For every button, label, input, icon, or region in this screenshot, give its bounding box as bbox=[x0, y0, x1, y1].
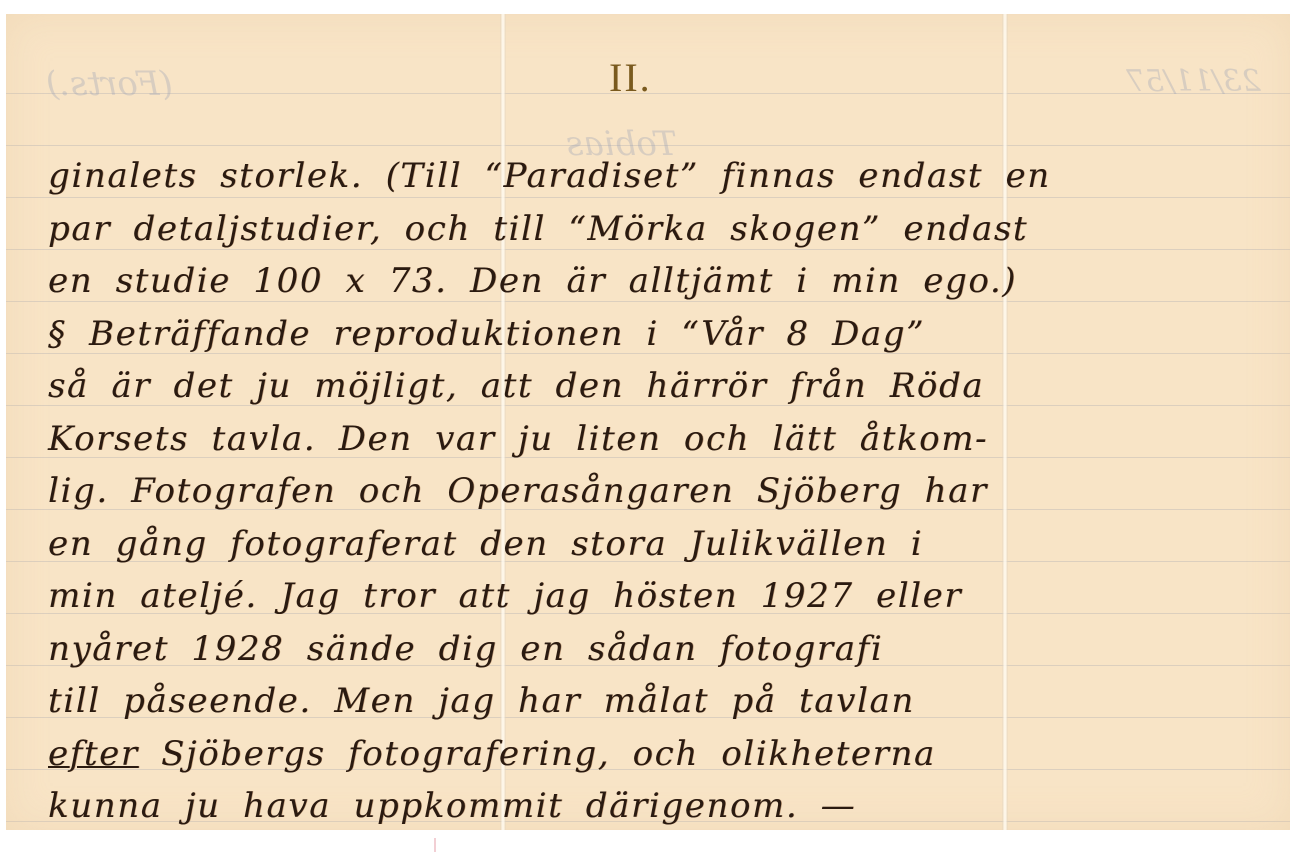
text-line: en gång fotograferat den stora Julikväll… bbox=[48, 518, 1278, 571]
text-line: lig. Fotografen och Operasångaren Sjöber… bbox=[48, 465, 1278, 518]
bleed-through-date: 23/11/57 bbox=[1126, 64, 1261, 99]
text-line: par detaljstudier, och till “Mörka skoge… bbox=[48, 203, 1278, 256]
text-line: § Beträffande reproduktionen i “Vår 8 Da… bbox=[48, 308, 1278, 361]
text-line: till påseende. Men jag har målat på tavl… bbox=[48, 675, 1278, 728]
text-line: min ateljé. Jag tror att jag hösten 1927… bbox=[48, 570, 1278, 623]
text-line-rest: Sjöbergs fotografering, och olikheterna bbox=[139, 734, 936, 774]
text-line: Korsets tavla. Den var ju liten och lätt… bbox=[48, 413, 1278, 466]
text-line: ginalets storlek. (Till “Paradiset” finn… bbox=[48, 150, 1278, 203]
underlined-word: efter bbox=[48, 734, 139, 774]
page-number: II. bbox=[609, 54, 652, 101]
letter-body: ginalets storlek. (Till “Paradiset” finn… bbox=[48, 150, 1278, 833]
bleed-through-text: (Forts.) bbox=[46, 64, 173, 104]
text-line: kunna ju hava uppkommit därigenom. — bbox=[48, 780, 1278, 833]
text-line: så är det ju möjligt, att den härrör frå… bbox=[48, 360, 1278, 413]
text-line: efter Sjöbergs fotografering, och olikhe… bbox=[48, 728, 1278, 781]
text-line: nyåret 1928 sände dig en sådan fotografi bbox=[48, 623, 1278, 676]
scan-mark bbox=[434, 838, 436, 852]
text-line: en studie 100 x 73. Den är alltjämt i mi… bbox=[48, 255, 1278, 308]
